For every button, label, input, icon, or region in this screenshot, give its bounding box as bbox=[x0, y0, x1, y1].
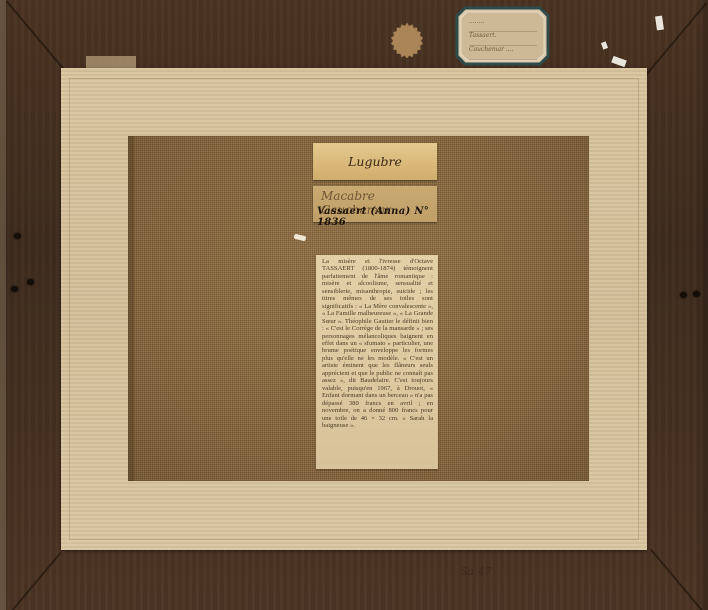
nail-hole bbox=[27, 279, 34, 285]
frame-edge bbox=[0, 0, 6, 610]
tag-line: Cauchemar .... bbox=[469, 46, 537, 60]
paper-fragment bbox=[601, 41, 608, 49]
title-label-old: Macabre Cauchemar Vassaert (Anna) N° 183… bbox=[313, 186, 437, 222]
frame-miter-bottom-left bbox=[10, 552, 62, 610]
label-artist-number: Vassaert (Anna) N° 1836 bbox=[317, 206, 437, 228]
title-label: Lugubre Cauchemar bbox=[313, 143, 437, 180]
frame-miter-top-left bbox=[6, 1, 65, 71]
nail-hole bbox=[11, 286, 18, 292]
nail-hole bbox=[693, 291, 700, 297]
seal-icon bbox=[389, 22, 425, 58]
frame-miter-top-right bbox=[645, 2, 708, 76]
newspaper-clipping: La misère et l'ivresse d'Octave TASSAERT… bbox=[316, 255, 438, 469]
picture-frame-back: ........ Tassaert. Cauchemar .... Lugubr… bbox=[0, 0, 708, 610]
tag-line: Tassaert. bbox=[469, 32, 537, 46]
frame-inscription: Sa 47 bbox=[460, 565, 492, 578]
clipping-text: La misère et l'ivresse d'Octave TASSAERT… bbox=[322, 258, 433, 429]
frame-miter-bottom-right bbox=[650, 549, 703, 610]
nail-hole bbox=[680, 292, 687, 298]
nail-hole bbox=[14, 233, 21, 239]
paper-fragment bbox=[655, 16, 664, 31]
inventory-tag: ........ Tassaert. Cauchemar .... bbox=[455, 6, 550, 66]
paper-fragment bbox=[611, 56, 627, 67]
tag-line: ........ bbox=[469, 18, 537, 32]
